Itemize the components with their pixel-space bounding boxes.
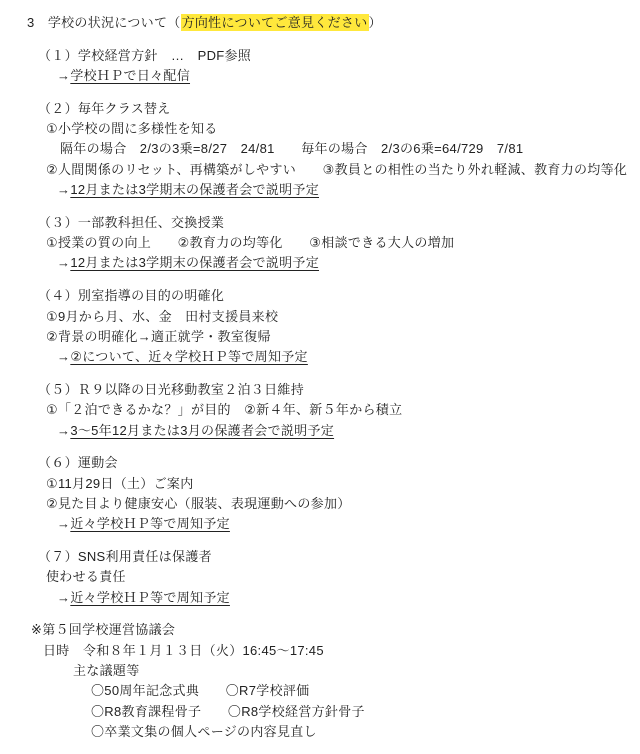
section-5-nikko-trip: （５）Ｒ９以降の日光移動教室２泊３日維持①「２泊できるかな？」が目的 ②新４年、… — [0, 380, 640, 441]
arrow-note: →3～5年12月または3月の保護者会で説明予定 — [0, 421, 640, 441]
numbered-point: ①11月29日（土）ご案内 — [0, 474, 640, 494]
arrow-note: →近々学校ＨＰ等で周知予定 — [0, 514, 640, 534]
section-8-school-council-meeting: ※第５回学校運営協議会日時 令和８年１月１３日（火）16:45～17:45主な議… — [0, 620, 640, 742]
arrow-note: →近々学校ＨＰ等で周知予定 — [0, 588, 640, 608]
arrow-note: →学校ＨＰで日々配信 — [0, 66, 640, 86]
title-line: 3 学校の状況について（方向性についてご意見ください） — [0, 13, 640, 33]
numbered-point: ②背景の明確化→適正就学・教室復帰 — [0, 327, 640, 347]
section-heading: （５）Ｒ９以降の日光移動教室２泊３日維持 — [0, 380, 640, 400]
arrow-note: →12月または3学期末の保護者会で説明予定 — [0, 180, 640, 200]
numbered-point: ②人間関係のリセット、再構築がしやすい ③教員との相性の当たり外れ軽減、教育力の… — [0, 160, 640, 180]
document-body: 3 学校の状況について（方向性についてご意見ください）（１）学校経営方針 … P… — [0, 0, 640, 742]
section-heading: （３）一部教科担任、交換授業 — [0, 213, 640, 233]
section-6-sports-day: （６）運動会①11月29日（土）ご案内②見た目より健康安心（服装、表現運動への参… — [0, 453, 640, 534]
section-heading: （４）別室指導の目的の明確化 — [0, 286, 640, 306]
section-7-sns-responsibility: （７）SNS利用責任は保護者使わせる責任→近々学校ＨＰ等で周知予定 — [0, 547, 640, 608]
section-heading: （２）毎年クラス替え — [0, 99, 640, 119]
numbered-point: ①授業の質の向上 ②教育力の均等化 ③相談できる大人の増加 — [0, 233, 640, 253]
document-page: 3 学校の状況について（方向性についてご意見ください）（１）学校経営方針 … P… — [0, 0, 640, 754]
section-3-subject-teachers: （３）一部教科担任、交換授業①授業の質の向上 ②教育力の均等化 ③相談できる大人… — [0, 213, 640, 274]
date-line: 日時 令和８年１月１３日（火）16:45～17:45 — [0, 641, 640, 661]
agenda-item: 〇卒業文集の個人ページの内容見直し — [0, 722, 640, 742]
agenda-item: 〇50周年記念式典 〇R7学校評価 — [0, 681, 640, 701]
numbered-point: ①小学校の間に多様性を知る — [0, 119, 640, 139]
section-heading: （６）運動会 — [0, 453, 640, 473]
highlighted-text: 方向性についてご意見ください — [181, 14, 369, 31]
arrow-note: →②について、近々学校ＨＰ等で周知予定 — [0, 347, 640, 367]
section-2-annual-class-reshuffle: （２）毎年クラス替え①小学校の間に多様性を知る隔年の場合 2/3の3乗=8/27… — [0, 99, 640, 200]
note-heading: ※第５回学校運営協議会 — [0, 620, 640, 640]
arrow-note: →12月または3学期末の保護者会で説明予定 — [0, 253, 640, 273]
section-4-separate-room-guidance: （４）別室指導の目的の明確化①9月から月、水、金 田村支援員来校②背景の明確化→… — [0, 286, 640, 367]
agenda-label: 主な議題等 — [0, 661, 640, 681]
agenda-item: 〇R8教育課程骨子 〇R8学校経営方針骨子 — [0, 702, 640, 722]
numbered-point: ①「２泊できるかな？」が目的 ②新４年、新５年から積立 — [0, 400, 640, 420]
detail-line: 使わせる責任 — [0, 567, 640, 587]
section-heading: （１）学校経営方針 … PDF参照 — [0, 46, 640, 66]
numbered-point: ②見た目より健康安心（服装、表現運動への参加） — [0, 494, 640, 514]
section-heading: （７）SNS利用責任は保護者 — [0, 547, 640, 567]
detail-line: 隔年の場合 2/3の3乗=8/27 24/81 毎年の場合 2/3の6乗=64/… — [0, 139, 640, 159]
section-1-school-management-policy: （１）学校経営方針 … PDF参照→学校ＨＰで日々配信 — [0, 46, 640, 87]
numbered-point: ①9月から月、水、金 田村支援員来校 — [0, 307, 640, 327]
